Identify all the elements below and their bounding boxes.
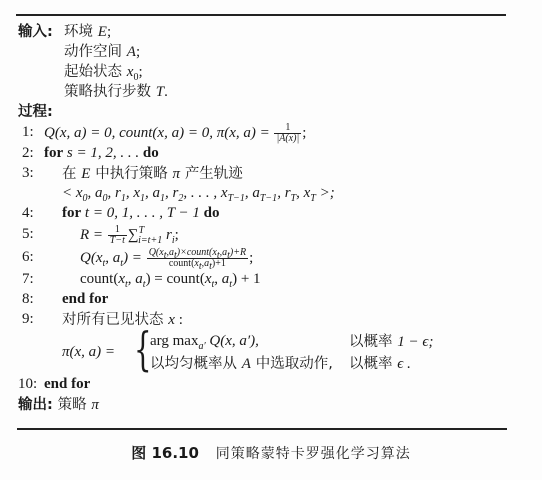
figure-label: 图 16.10 bbox=[131, 444, 199, 462]
output-row: 输出: 策略 π bbox=[18, 395, 99, 414]
line-number: 5: bbox=[22, 225, 34, 243]
fraction: 1T−t bbox=[108, 225, 127, 246]
line-4-for: for t = 0, 1, . . . , T − 1 do bbox=[62, 204, 219, 222]
line-5-return: R = 1T−t∑Ti=t+1 ri; bbox=[80, 225, 179, 246]
line-number: 10: bbox=[18, 375, 37, 393]
process-label: 过程: bbox=[18, 102, 53, 121]
line-number: 8: bbox=[22, 290, 34, 308]
line-number: 3: bbox=[22, 164, 34, 182]
figure-title: 同策略蒙特卡罗强化学习算法 bbox=[216, 446, 411, 462]
input-row-0: 输入: bbox=[18, 22, 53, 41]
bottom-rule bbox=[17, 428, 507, 430]
line-10-end-for: end for bbox=[44, 375, 90, 393]
input-item-env: 环境 E; bbox=[64, 22, 111, 41]
fraction: Q(xt,at)×count(xt,at)+Rcount(xt,at)+1 bbox=[147, 248, 248, 269]
output-label: 输出: bbox=[18, 397, 53, 413]
line-number: 6: bbox=[22, 248, 34, 266]
line-6-q-update: Q(xt, at) = Q(xt,at)×count(xt,at)+Rcount… bbox=[80, 248, 253, 269]
figure-caption: 图 16.10 同策略蒙特卡罗强化学习算法 bbox=[0, 444, 542, 463]
line-number: 1: bbox=[22, 123, 34, 141]
fraction: 1|A(x)| bbox=[274, 123, 301, 144]
line-3-trajectory: < x0, a0, r1, x1, a1, r2, . . . , xT−1, … bbox=[62, 184, 335, 202]
input-item-steps: 策略执行步数 T. bbox=[64, 82, 168, 101]
input-item-start-state: 起始状态 x0; bbox=[64, 62, 143, 81]
input-item-action-space: 动作空间 A; bbox=[64, 42, 140, 61]
top-rule bbox=[16, 14, 506, 16]
line-number: 2: bbox=[22, 144, 34, 162]
line-number: 9: bbox=[22, 310, 34, 328]
policy-case-1-condition: 以概率 1 − ϵ; bbox=[349, 332, 433, 351]
line-number: 4: bbox=[22, 204, 34, 222]
policy-case-2: 以均匀概率从 A 中选取动作, bbox=[150, 354, 333, 373]
input-label: 输入: bbox=[18, 24, 53, 40]
policy-lhs: π(x, a) = bbox=[62, 343, 115, 361]
line-1-init: Q(x, a) = 0, count(x, a) = 0, π(x, a) = … bbox=[44, 123, 306, 144]
policy-case-2-condition: 以概率 ϵ . bbox=[349, 354, 411, 373]
line-9-for-all-states: 对所有已见状态 x : bbox=[62, 310, 183, 329]
keyword-do: do bbox=[143, 145, 159, 161]
line-number: 7: bbox=[22, 270, 34, 288]
keyword-for: for bbox=[44, 145, 63, 161]
line-2-for: for s = 1, 2, . . . do bbox=[44, 144, 159, 162]
line-8-end-for: end for bbox=[62, 290, 108, 308]
line-3-generate: 在 E 中执行策略 π 产生轨迹 bbox=[62, 164, 243, 183]
policy-case-1: arg maxa′ Q(x, a′), bbox=[150, 332, 259, 350]
left-brace: { bbox=[134, 326, 152, 372]
line-7-count-update: count(xt, at) = count(xt, at) + 1 bbox=[80, 270, 261, 288]
